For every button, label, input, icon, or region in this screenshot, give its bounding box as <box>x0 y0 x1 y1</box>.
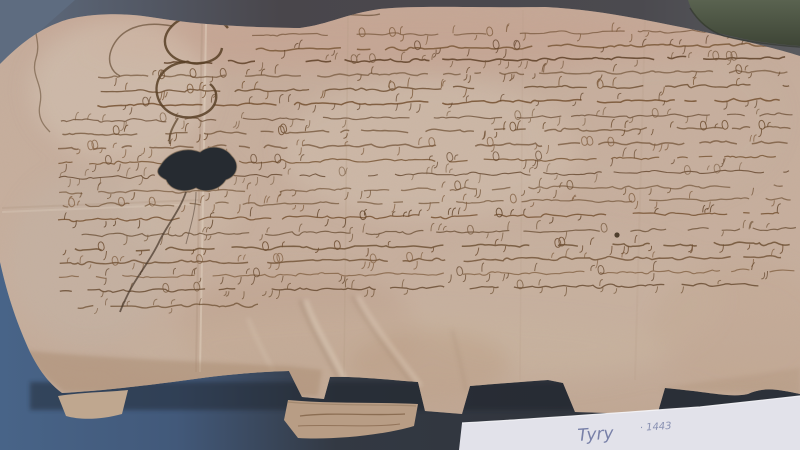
ink-blot <box>614 232 619 237</box>
photo-canvas: Tyry · 1443 <box>0 0 800 450</box>
label-name-text: Tyry <box>577 423 615 446</box>
charter-photograph: Tyry · 1443 <box>0 0 800 450</box>
label-date-text: · 1443 <box>639 421 672 434</box>
